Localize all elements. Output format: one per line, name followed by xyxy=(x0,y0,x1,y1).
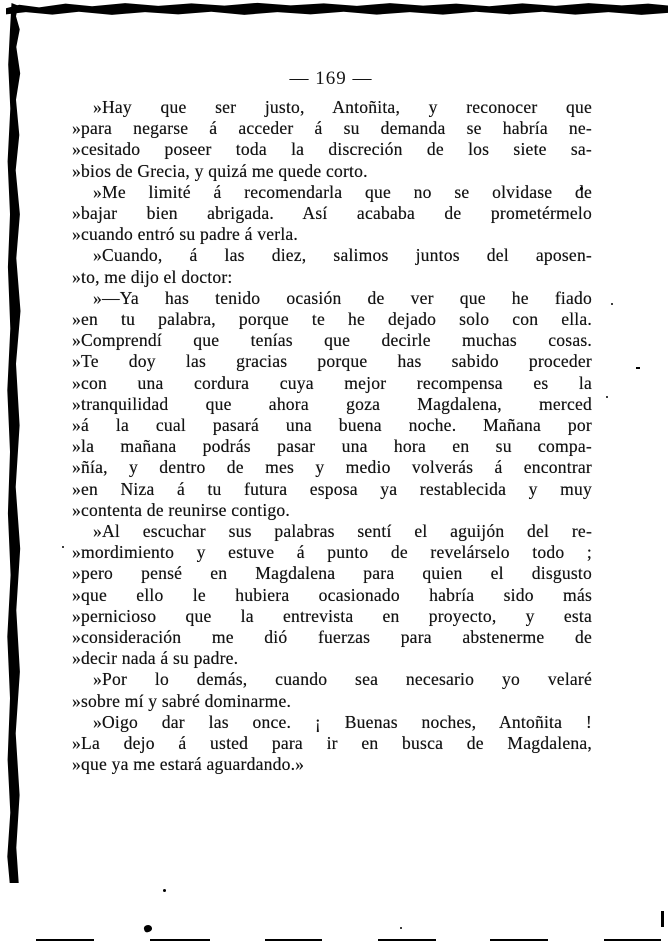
ink-speck xyxy=(606,396,608,398)
text-line: »consideración me dió fuerzas para abste… xyxy=(72,627,592,648)
text-line: »contenta de reunirse contigo. xyxy=(72,500,592,521)
text-line: »á la cual pasará una buena noche. Mañan… xyxy=(72,415,592,436)
ink-speck xyxy=(400,927,402,929)
text-line: »Hay que ser justo, Antoñita, y reconoce… xyxy=(72,97,592,118)
scan-edge-top xyxy=(6,2,668,16)
bottom-dash xyxy=(150,939,210,941)
scan-edge-left xyxy=(7,3,22,883)
text-line: »en tu palabra, porque te he dejado solo… xyxy=(72,309,592,330)
text-line: »que ello le hubiera ocasionado habría s… xyxy=(72,585,592,606)
ink-speck xyxy=(62,546,64,548)
ink-speck xyxy=(636,367,640,369)
bottom-dash xyxy=(378,939,436,941)
text-line: »La dejo á usted para ir en busca de Mag… xyxy=(72,733,592,754)
ink-speck xyxy=(163,889,166,892)
ink-speck xyxy=(611,303,613,305)
page-number: — 169 — xyxy=(0,68,662,90)
bottom-dash xyxy=(604,939,661,941)
text-line: »Al escuchar sus palabras sentí el aguij… xyxy=(72,521,592,542)
text-line: »Comprendí que tenías que decirle muchas… xyxy=(72,330,592,351)
text-line: »para negarse á acceder á su demanda se … xyxy=(72,118,592,139)
text-line: »con una cordura cuya mejor recompensa e… xyxy=(72,373,592,394)
text-line: »pernicioso que la entrevista en proyect… xyxy=(72,606,592,627)
text-line: »decir nada á su padre. xyxy=(72,648,592,669)
text-line: »Cuando, á las diez, salimos juntos del … xyxy=(72,245,592,266)
text-line: »—Ya has tenido ocasión de ver que he fi… xyxy=(72,288,592,309)
text-line: »la mañana podrás pasar una hora en su c… xyxy=(72,436,592,457)
ink-speck xyxy=(580,187,583,190)
text-line: »bajar bien abrigada. Así acababa de pro… xyxy=(72,203,592,224)
bottom-dash xyxy=(265,939,322,941)
text-line: »Te doy las gracias porque has sabido pr… xyxy=(72,351,592,372)
bottom-dash xyxy=(36,939,94,941)
text-line: »en Niza á tu futura esposa ya restablec… xyxy=(72,479,592,500)
scanned-book-page: — 169 — »Hay que ser justo, Antoñita, y … xyxy=(0,0,668,952)
body-text: »Hay que ser justo, Antoñita, y reconoce… xyxy=(72,97,592,776)
text-line: »Me limité á recomendarla que no se olvi… xyxy=(72,182,592,203)
text-line: »pero pensé en Magdalena para quien el d… xyxy=(72,563,592,584)
ink-mark xyxy=(143,924,153,933)
bottom-dash xyxy=(490,939,548,941)
text-line: »que ya me estará aguardando.» xyxy=(72,754,592,775)
scan-edge-right-tick xyxy=(661,911,664,927)
text-line: »mordimiento y estuve á punto de revelár… xyxy=(72,542,592,563)
text-line: »cuando entró su padre á verla. xyxy=(72,224,592,245)
text-line: »cesitado poseer toda la discreción de l… xyxy=(72,139,592,160)
text-line: »bios de Grecia, y quizá me quede corto. xyxy=(72,161,592,182)
text-line: »sobre mí y sabré dominarme. xyxy=(72,691,592,712)
text-line: »tranquilidad que ahora goza Magdalena, … xyxy=(72,394,592,415)
text-line: »to, me dijo el doctor: xyxy=(72,267,592,288)
text-line: »Por lo demás, cuando sea necesario yo v… xyxy=(72,669,592,690)
text-line: »Oigo dar las once. ¡ Buenas noches, Ant… xyxy=(72,712,592,733)
text-line: »ñía, y dentro de mes y medio volverás á… xyxy=(72,457,592,478)
